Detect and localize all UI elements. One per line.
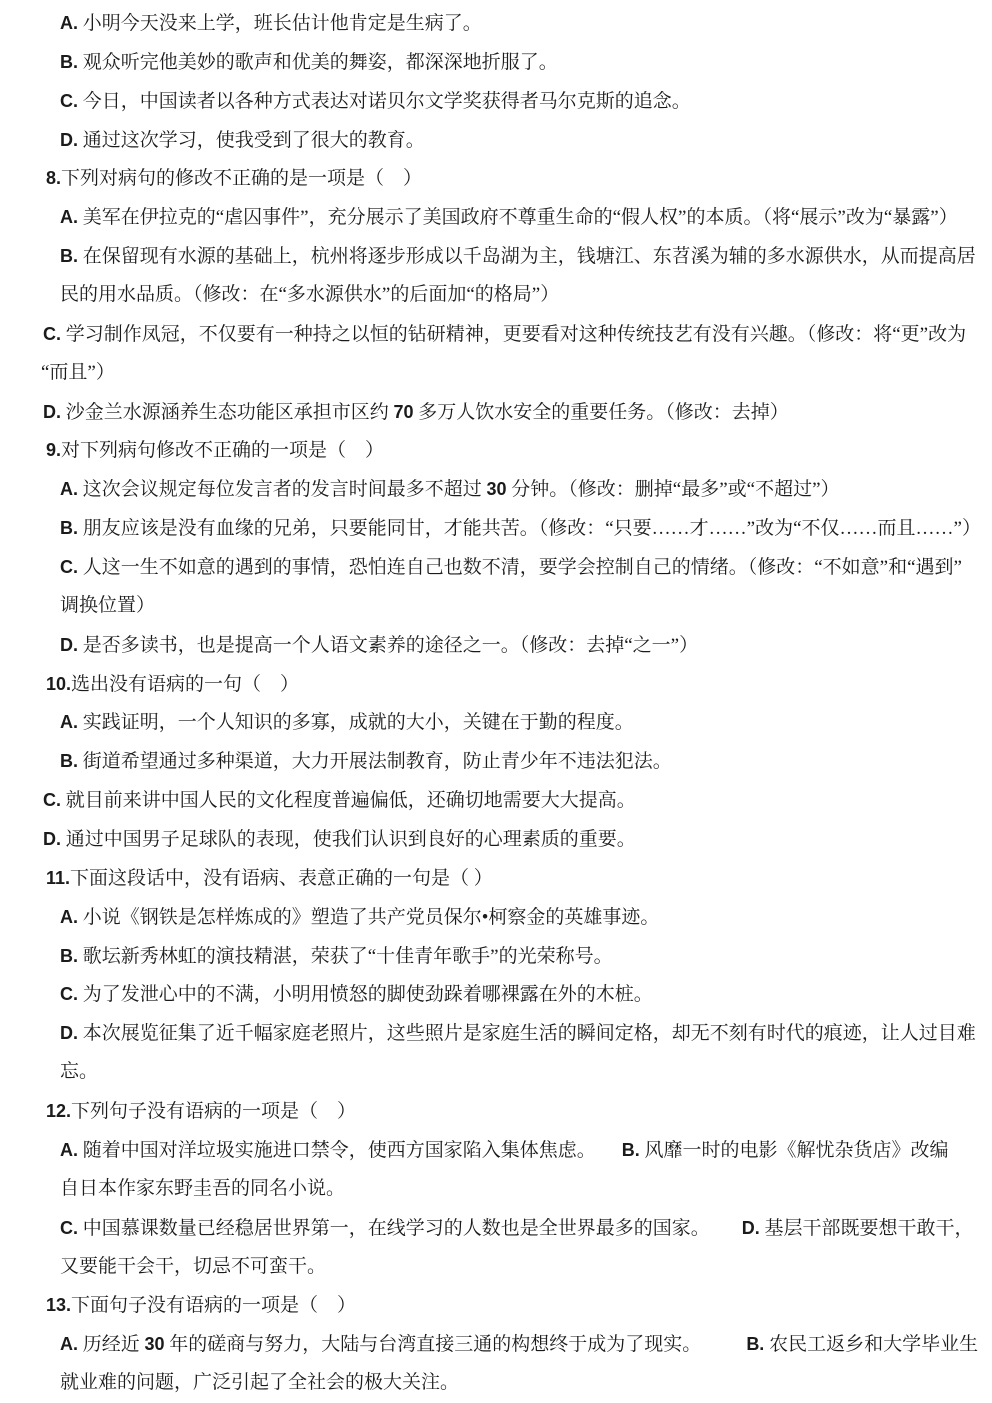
option-line: C. 为了发泄心中的不满，小明用愤怒的脚使劲跺着哪裸露在外的木桩。	[0, 975, 992, 1014]
line-text: 学习制作凤冠，不仅要有一种持之以恒的钻研精神，更要看对这种传统技艺有没有兴趣。（…	[61, 324, 966, 345]
line-text: 观众听完他美妙的歌声和优美的舞姿，都深深地折服了。	[78, 52, 558, 73]
line-text: 沙金兰水源涵养生态功能区承担市区约	[61, 402, 394, 423]
option-line: C. 人这一生不如意的遇到的事情，恐怕连自己也数不清，要学会控制自己的情绪。（修…	[0, 548, 992, 587]
option-label: 30	[145, 1334, 165, 1354]
continuation-line: “而且”）	[0, 354, 992, 393]
line-text: 历经近	[78, 1334, 145, 1355]
option-label: 30	[487, 479, 507, 499]
option-label: B.	[60, 751, 78, 771]
line-text: 是否多读书，也是提高一个人语文素养的途径之一。（修改：去掉“之一”）	[78, 635, 698, 656]
option-label: 11.	[46, 868, 70, 888]
option-line: D. 通过这次学习，使我受到了很大的教育。	[0, 121, 992, 160]
option-label: B.	[60, 52, 78, 72]
option-label: B.	[622, 1140, 640, 1160]
line-text: 调换位置）	[60, 595, 155, 616]
question-line: 11.下面这段话中，没有语病、表意正确的一句是（ ）	[0, 859, 992, 898]
option-label: D.	[60, 1023, 78, 1043]
line-text: 通过这次学习，使我受到了很大的教育。	[78, 130, 425, 151]
question-line: 9.对下列病句修改不正确的一项是（ ）	[0, 431, 992, 470]
option-line: B. 朋友应该是没有血缘的兄弟，只要能同甘，才能共苦。（修改：“只要……才……”…	[0, 509, 992, 548]
continuation-line: 自日本作家东野圭吾的同名小说。	[0, 1170, 992, 1209]
option-label: A.	[60, 207, 78, 227]
option-label: C.	[60, 984, 78, 1004]
line-text: 风靡一时的电影《解忧杂货店》改编	[640, 1140, 949, 1161]
option-line: B. 观众听完他美妙的歌声和优美的舞姿，都深深地折服了。	[0, 43, 992, 82]
option-line: B. 街道希望通过多种渠道，大力开展法制教育，防止青少年不违法犯法。	[0, 742, 992, 781]
option-label: D.	[60, 130, 78, 150]
line-text: 下面句子没有语病的一项是（ ）	[71, 1295, 356, 1316]
option-line: C. 今日，中国读者以各种方式表达对诺贝尔文学奖获得者马尔克斯的追念。	[0, 82, 992, 121]
option-label: D.	[60, 635, 78, 655]
line-text: 农民工返乡和大学毕业生	[764, 1334, 978, 1355]
option-label: B.	[60, 518, 78, 538]
option-label: D.	[43, 829, 61, 849]
option-label: C.	[43, 324, 61, 344]
continuation-line: 民的用水品质。（修改：在“多水源供水”的后面加“的格局”）	[0, 276, 992, 315]
option-label: A.	[60, 1140, 78, 1160]
line-text: 街道希望通过多种渠道，大力开展法制教育，防止青少年不违法犯法。	[78, 751, 672, 772]
line-text: 这次会议规定每位发言者的发言时间最多不超过	[78, 479, 487, 500]
option-label: C.	[60, 557, 78, 577]
option-line: A. 实践证明，一个人知识的多寡，成就的大小，关键在于勤的程度。	[0, 703, 992, 742]
line-text: 忘。	[60, 1061, 98, 1082]
option-line: A. 小明今天没来上学，班长估计他肯定是生病了。	[0, 4, 992, 43]
option-line: B. 在保留现有水源的基础上，杭州将逐步形成以千岛湖为主，钱塘江、东苕溪为辅的多…	[0, 237, 992, 276]
option-label: A.	[60, 13, 78, 33]
question-line: 8.下列对病句的修改不正确的是一项是（ ）	[0, 159, 992, 198]
line-text: “而且”）	[41, 362, 115, 383]
line-text: 年的磋商与努力，大陆与台湾直接三通的构想终于成为了现实。	[165, 1334, 702, 1355]
option-label: A.	[60, 907, 78, 927]
option-label: B.	[746, 1334, 764, 1354]
continuation-line: 忘。	[0, 1053, 992, 1092]
line-text: 歌坛新秀林虹的演技精湛，荣获了“十佳青年歌手”的光荣称号。	[78, 946, 613, 967]
line-text: 选出没有语病的一句（ ）	[71, 674, 299, 695]
option-label: 8.	[46, 168, 61, 188]
option-line: A. 历经近 30 年的磋商与努力，大陆与台湾直接三通的构想终于成为了现实。B.…	[0, 1325, 992, 1364]
option-label: 9.	[46, 440, 61, 460]
option-label: B.	[60, 946, 78, 966]
option-line: C. 就目前来讲中国人民的文化程度普遍偏低，还确切地需要大大提高。	[0, 781, 992, 820]
option-label: D.	[742, 1218, 760, 1238]
option-label: 10.	[46, 674, 71, 694]
line-text: 中国慕课数量已经稳居世界第一，在线学习的人数也是全世界最多的国家。	[78, 1218, 710, 1239]
option-label: C.	[60, 91, 78, 111]
line-text: 下列句子没有语病的一项是（ ）	[71, 1101, 356, 1122]
option-line: D. 通过中国男子足球队的表现，使我们认识到良好的心理素质的重要。	[0, 820, 992, 859]
line-text: 对下列病句修改不正确的一项是（ ）	[61, 440, 384, 461]
line-text: 小说《钢铁是怎样炼成的》塑造了共产党员保尔•柯察金的英雄事迹。	[78, 907, 659, 928]
question-line: 12.下列句子没有语病的一项是（ ）	[0, 1092, 992, 1131]
option-line: D. 是否多读书，也是提高一个人语文素养的途径之一。（修改：去掉“之一”）	[0, 626, 992, 665]
line-text: 本次展览征集了近千幅家庭老照片，这些照片是家庭生活的瞬间定格，却无不刻有时代的痕…	[78, 1023, 976, 1044]
column-gap	[701, 1349, 746, 1350]
option-label: 13.	[46, 1295, 71, 1315]
line-text: 自日本作家东野圭吾的同名小说。	[60, 1178, 345, 1199]
question-line: 13.下面句子没有语病的一项是（ ）	[0, 1286, 992, 1325]
option-line: A. 这次会议规定每位发言者的发言时间最多不超过 30 分钟。（修改：删掉“最多…	[0, 470, 992, 509]
line-text: 人这一生不如意的遇到的事情，恐怕连自己也数不清，要学会控制自己的情绪。（修改：“…	[78, 557, 962, 578]
option-line: B. 歌坛新秀林虹的演技精湛，荣获了“十佳青年歌手”的光荣称号。	[0, 937, 992, 976]
line-text: 今日，中国读者以各种方式表达对诺贝尔文学奖获得者马尔克斯的追念。	[78, 91, 691, 112]
option-label: B.	[60, 246, 78, 266]
line-text: 通过中国男子足球队的表现，使我们认识到良好的心理素质的重要。	[61, 829, 636, 850]
line-text: 多万人饮水安全的重要任务。（修改：去掉）	[414, 402, 789, 423]
line-text: 下列对病句的修改不正确的是一项是（ ）	[61, 168, 422, 189]
line-text: 朋友应该是没有血缘的兄弟，只要能同甘，才能共苦。（修改：“只要……才……”改为“…	[78, 518, 981, 539]
continuation-line: 就业难的问题，广泛引起了全社会的极大关注。	[0, 1364, 992, 1403]
continuation-line: 调换位置）	[0, 587, 992, 626]
line-text: 就目前来讲中国人民的文化程度普遍偏低，还确切地需要大大提高。	[61, 790, 636, 811]
line-text: 又要能干会干，切忌不可蛮干。	[60, 1256, 326, 1277]
column-gap	[596, 1155, 622, 1156]
line-text: 小明今天没来上学，班长估计他肯定是生病了。	[78, 13, 482, 34]
option-label: A.	[60, 712, 78, 732]
continuation-line: 又要能干会干，切忌不可蛮干。	[0, 1248, 992, 1287]
option-label: C.	[60, 1218, 78, 1238]
question-line: 10.选出没有语病的一句（ ）	[0, 665, 992, 704]
line-text: 随着中国对洋垃圾实施进口禁令，使西方国家陷入集体焦虑。	[78, 1140, 596, 1161]
option-line: A. 美军在伊拉克的“虐囚事件”，充分展示了美国政府不尊重生命的“假人权”的本质…	[0, 198, 992, 237]
option-label: 12.	[46, 1101, 71, 1121]
option-label: D.	[43, 402, 61, 422]
line-text: 为了发泄心中的不满，小明用愤怒的脚使劲跺着哪裸露在外的木桩。	[78, 984, 653, 1005]
option-label: A.	[60, 1334, 78, 1354]
line-text: 就业难的问题，广泛引起了全社会的极大关注。	[60, 1372, 459, 1393]
line-text: 下面这段话中，没有语病、表意正确的一句是（ ）	[70, 868, 493, 889]
line-text: 分钟。（修改：删掉“最多”或“不超过”）	[507, 479, 840, 500]
option-label: A.	[60, 479, 78, 499]
option-line: A. 随着中国对洋垃圾实施进口禁令，使西方国家陷入集体焦虑。B. 风靡一时的电影…	[0, 1131, 992, 1170]
option-line: C. 中国慕课数量已经稳居世界第一，在线学习的人数也是全世界最多的国家。D. 基…	[0, 1209, 992, 1248]
column-gap	[710, 1233, 742, 1234]
option-line: A. 小说《钢铁是怎样炼成的》塑造了共产党员保尔•柯察金的英雄事迹。	[0, 898, 992, 937]
option-line: C. 学习制作凤冠，不仅要有一种持之以恒的钻研精神，更要看对这种传统技艺有没有兴…	[0, 315, 992, 354]
line-text: 实践证明，一个人知识的多寡，成就的大小，关键在于勤的程度。	[78, 712, 634, 733]
option-label: C.	[43, 790, 61, 810]
line-text: 在保留现有水源的基础上，杭州将逐步形成以千岛湖为主，钱塘江、东苕溪为辅的多水源供…	[78, 246, 976, 267]
option-line: D. 本次展览征集了近千幅家庭老照片，这些照片是家庭生活的瞬间定格，却无不刻有时…	[0, 1014, 992, 1053]
line-text: 美军在伊拉克的“虐囚事件”，充分展示了美国政府不尊重生命的“假人权”的本质。（将…	[78, 207, 958, 228]
line-text: 民的用水品质。（修改：在“多水源供水”的后面加“的格局”）	[60, 284, 559, 305]
line-text: 基层干部既要想干敢干，	[760, 1218, 974, 1239]
document-page: A. 小明今天没来上学，班长估计他肯定是生病了。B. 观众听完他美妙的歌声和优美…	[0, 0, 992, 1403]
option-label: 70	[394, 402, 414, 422]
option-line: D. 沙金兰水源涵养生态功能区承担市区约 70 多万人饮水安全的重要任务。（修改…	[0, 393, 992, 432]
